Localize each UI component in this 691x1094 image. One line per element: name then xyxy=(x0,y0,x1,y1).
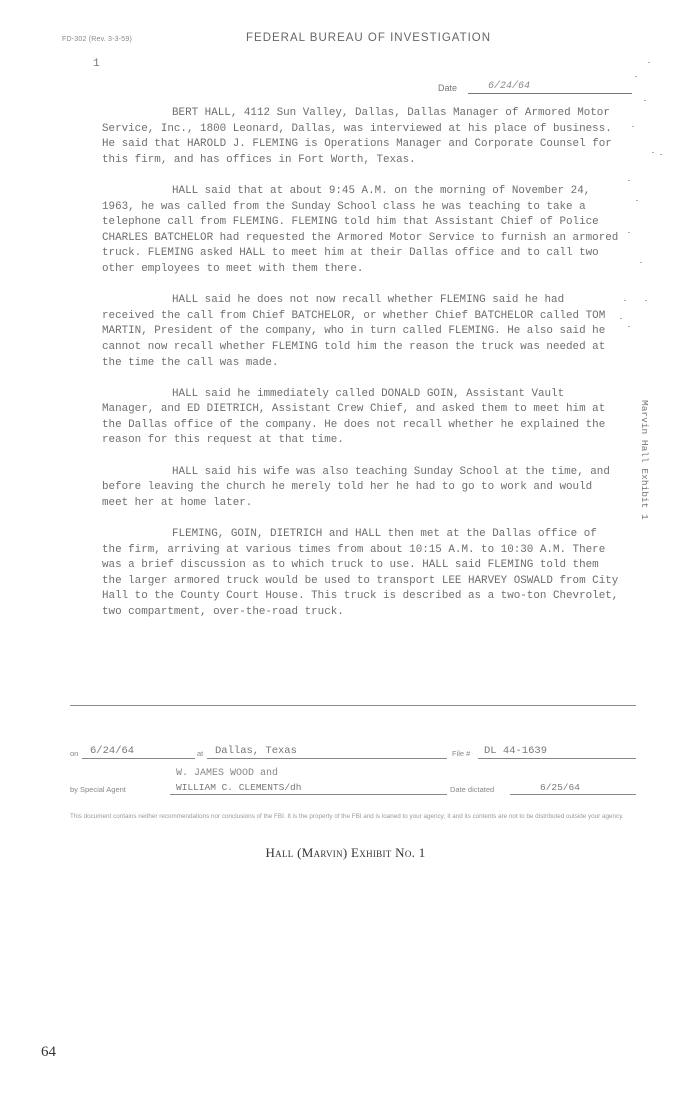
page-marker: 1 xyxy=(93,58,100,70)
date-label: Date xyxy=(438,83,457,93)
exhibit-caption: Hall (Marvin) Exhibit No. 1 xyxy=(0,845,691,861)
on-label: on xyxy=(70,749,78,758)
file-label: File # xyxy=(452,749,470,758)
date-underline xyxy=(468,93,632,94)
agency-title: FEDERAL BUREAU OF INVESTIGATION xyxy=(246,32,491,44)
agent-underline xyxy=(170,794,447,795)
on-value: 6/24/64 xyxy=(90,745,134,757)
dictated-label: Date dictated xyxy=(450,785,494,794)
file-underline xyxy=(478,758,636,759)
section-divider xyxy=(70,705,636,706)
paragraph: FLEMING, GOIN, DIETRICH and HALL then me… xyxy=(102,527,622,621)
agent-label: by Special Agent xyxy=(70,785,126,794)
agent-row: by Special Agent WILLIAM C. CLEMENTS/dh … xyxy=(70,779,636,795)
date-value: 6/24/64 xyxy=(488,81,530,92)
exhibit-side-label: Marvin Hall Exhibit 1 xyxy=(630,400,650,530)
page-number: 64 xyxy=(41,1044,56,1061)
paragraph: HALL said he does not now recall whether… xyxy=(102,293,622,371)
paragraph: HALL said his wife was also teaching Sun… xyxy=(102,465,622,512)
interview-body: BERT HALL, 4112 Sun Valley, Dallas, Dall… xyxy=(102,106,622,636)
interview-details-row: on 6/24/64 at Dallas, Texas File # DL 44… xyxy=(70,743,636,759)
date-field: Date 6/24/64 xyxy=(438,78,632,94)
agent-value: WILLIAM C. CLEMENTS/dh xyxy=(176,782,301,793)
agents-line: W. JAMES WOOD and xyxy=(176,768,278,779)
paragraph: BERT HALL, 4112 Sun Valley, Dallas, Dall… xyxy=(102,106,622,168)
dictated-underline xyxy=(510,794,636,795)
file-value: DL 44-1639 xyxy=(484,745,547,757)
paragraph: HALL said that at about 9:45 A.M. on the… xyxy=(102,184,622,278)
on-underline xyxy=(82,758,195,759)
at-underline xyxy=(207,758,447,759)
form-id: FD-302 (Rev. 3-3-59) xyxy=(62,36,132,43)
disclaimer: This document contains neither recommend… xyxy=(70,812,636,821)
at-label: at xyxy=(197,749,203,758)
dictated-value: 6/25/64 xyxy=(540,782,580,793)
at-value: Dallas, Texas xyxy=(215,745,297,757)
paragraph: HALL said he immediately called DONALD G… xyxy=(102,387,622,449)
